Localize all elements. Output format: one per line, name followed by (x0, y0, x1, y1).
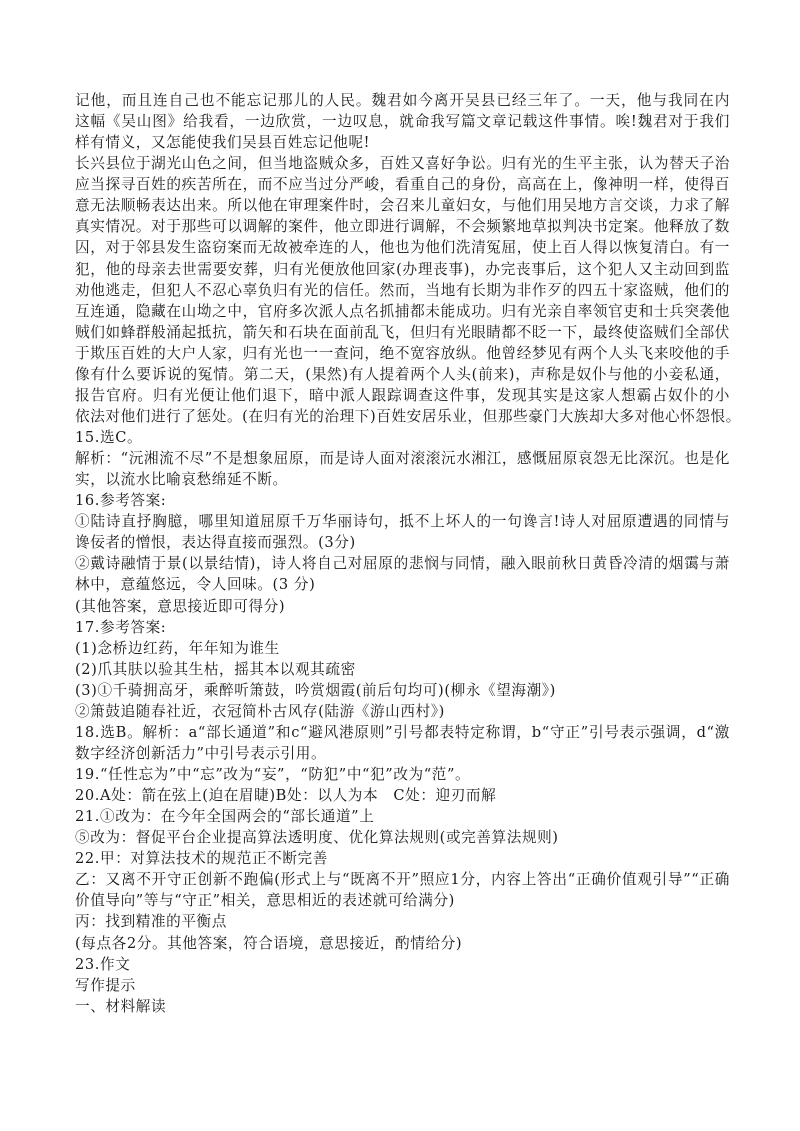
text-line: 这幅《吴山图》给我看，一边欣赏，一边叹息，就命我写篇文章记载这件事情。唉!魏君对… (75, 111, 730, 132)
text-line: 依法对他们进行了惩处。(在归有光的治理下)百姓安居乐业，但那些豪门大族却大多对他… (75, 406, 730, 427)
text-line: 16.参考答案: (75, 490, 730, 511)
text-line: 21.①改为：在今年全国两会的“部长通道”上 (75, 806, 730, 827)
text-line: 谗佞者的憎恨，表达得直接而强烈。(3分) (75, 532, 730, 553)
text-line: ②戴诗融情于景(以景结情)，诗人将自己对屈原的悲悯与同情，融入眼前秋日黄昏冷清的… (75, 553, 730, 574)
document-page: 记他，而且连自己也不能忘记那儿的人民。魏君如今离开吴县已经三年了。一天，他与我同… (75, 90, 730, 1017)
text-line: 报告官府。归有光便让他们退下，暗中派人跟踪调查这件事，发现其实是这家人想霸占奴仆… (75, 385, 730, 406)
text-line: 意无法顺畅表达出来。所以他在审理案件时，会召来儿童妇女，与他们用吴地方言交谈，力… (75, 195, 730, 216)
text-line: ⑤改为：督促平台企业提高算法透明度、优化算法规则(或完善算法规则) (75, 827, 730, 848)
text-line: ①陆诗直抒胸臆，哪里知道屈原千万华丽诗句，抵不上坏人的一句谗言!诗人对屈原遭遇的… (75, 511, 730, 532)
text-line: 写作提示 (75, 975, 730, 996)
text-line: 于欺压百姓的大户人家，归有光也一一查问，绝不宽容放纵。他曾经梦见有两个人头飞来咬… (75, 343, 730, 364)
text-line: 真实情况。对于那些可以调解的案件，他立即进行调解，不会频繁地草拟判决书定案。他释… (75, 216, 730, 237)
text-line: 15.选C。 (75, 427, 730, 448)
text-line: 解析：“沅湘流不尽”不是想象屈原，而是诗人面对滚滚沅水湘江，感慨屈原哀怨无比深沉… (75, 448, 730, 469)
text-line: (每点各2分。其他答案，符合语境，意思接近，酌情给分) (75, 933, 730, 954)
text-line: 数字经济创新活力”中引号表示引用。 (75, 743, 730, 764)
text-line: 贼们如蜂群般涌起抵抗，箭矢和石块在面前乱飞，但归有光眼睛都不眨一下，最终使盗贼们… (75, 322, 730, 343)
text-line: 劝他逃走，但犯人不忍心辜负归有光的信任。然而，当地有长期为非作歹的四五十家盗贼，… (75, 280, 730, 301)
text-line: 犯，他的母亲去世需要安葬，归有光便放他回家(办理丧事)，办完丧事后，这个犯人又主… (75, 259, 730, 280)
text-line: (3)①千骑拥高牙，乘醉听箫鼓，吟赏烟霞(前后句均可)(柳永《望海潮》) (75, 680, 730, 701)
text-line: (2)爪其肤以验其生枯，摇其本以观其疏密 (75, 659, 730, 680)
text-line: 互连通，隐藏在山坳之中，官府多次派人点名抓捕都未能成功。归有光亲自率领官吏和士兵… (75, 301, 730, 322)
text-line: 实，以流水比喻哀愁绵延不断。 (75, 469, 730, 490)
text-line: 18.选B。解析：a“部长通道”和c“避风港原则”引号都表特定称谓，b“守正”引… (75, 722, 730, 743)
text-line: (1)念桥边红药，年年知为谁生 (75, 638, 730, 659)
text-line: 乙：又离不开守正创新不跑偏(形式上与“既离不开”照应1分，内容上答出“正确价值观… (75, 869, 730, 890)
text-line: 19.“任性忘为”中“忘”改为“妄”，“防犯”中“犯”改为“范”。 (75, 764, 730, 785)
text-line: 丙：找到精准的平衡点 (75, 911, 730, 932)
text-line: 22.甲：对算法技术的规范正不断完善 (75, 848, 730, 869)
text-line: 23.作文 (75, 954, 730, 975)
text-line: 样有情义，又怎能使我们吴县百姓忘记他呢! (75, 132, 730, 153)
text-line: (其他答案，意思接近即可得分) (75, 596, 730, 617)
text-line: 像有什么要诉说的冤情。第二天，(果然)有人提着两个人头(前来)，声称是奴仆与他的… (75, 364, 730, 385)
text-line: 记他，而且连自己也不能忘记那儿的人民。魏君如今离开吴县已经三年了。一天，他与我同… (75, 90, 730, 111)
text-line: 林中，意蕴悠远，令人回味。(3 分) (75, 574, 730, 595)
text-line: 一、材料解读 (75, 996, 730, 1017)
text-line: 囚，对于邻县发生盗窃案而无故被牵连的人，他也为他们洗清冤屈，使上百人得以恢复清白… (75, 237, 730, 258)
text-line: 应当探寻百姓的疾苦所在，而不应当过分严峻，看重自己的身份，高高在上，像神明一样，… (75, 174, 730, 195)
text-line: 17.参考答案: (75, 617, 730, 638)
text-line: 价值导向”等与“守正”相关，意思相近的表述就可给满分) (75, 890, 730, 911)
text-line: 20.A处：箭在弦上(迫在眉睫)B处：以人为本 C处：迎刃而解 (75, 785, 730, 806)
text-line: ②箫鼓追随春社近，衣冠简朴古风存(陆游《游山西村》) (75, 701, 730, 722)
text-line: 长兴县位于湖光山色之间，但当地盗贼众多，百姓又喜好争讼。归有光的生平主张，认为替… (75, 153, 730, 174)
